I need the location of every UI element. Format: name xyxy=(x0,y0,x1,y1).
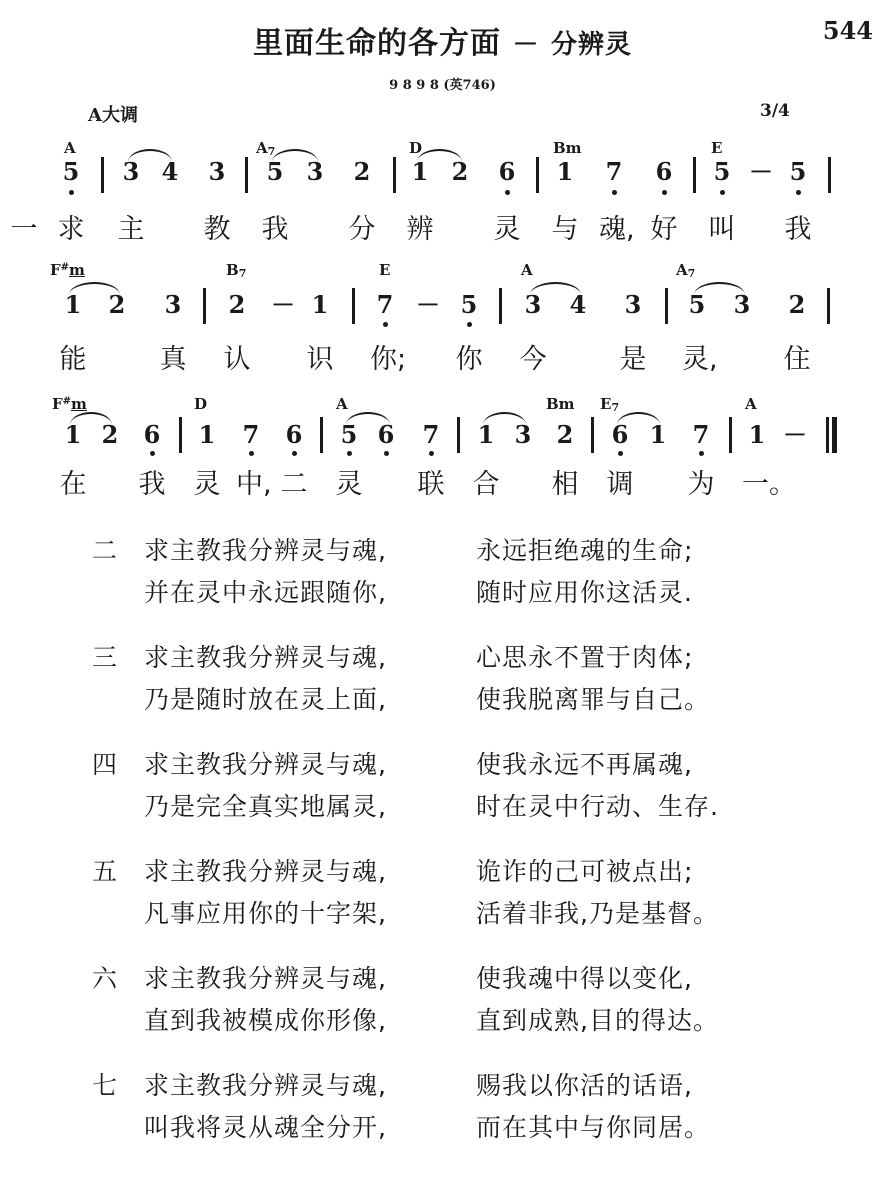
barline xyxy=(179,417,182,453)
note: 5 xyxy=(457,293,481,317)
note: 7 xyxy=(602,160,626,184)
low-octave-dot xyxy=(467,322,472,327)
lyric-char: 在 xyxy=(58,471,88,498)
lyric-char: 灵 xyxy=(492,216,522,243)
barline xyxy=(499,288,502,324)
note: 5 xyxy=(337,423,361,447)
chord-symbol: A xyxy=(521,263,533,278)
note: 1 xyxy=(646,423,670,447)
lyric-char: 与 xyxy=(550,216,580,243)
hold-dash: － xyxy=(783,423,807,447)
lyric-char: 中, xyxy=(236,471,272,498)
lyric-char: 灵 xyxy=(334,471,364,498)
verse-line-second-half: 而在其中与你同居。 xyxy=(476,1115,710,1140)
lyric-char: 灵 xyxy=(192,471,222,498)
chord-symbol: B7 xyxy=(226,263,246,279)
barline xyxy=(245,157,248,193)
lyric-char: 是 xyxy=(618,346,648,373)
verse-line-second-half: 赐我以你活的话语, xyxy=(476,1073,693,1098)
note: 1 xyxy=(308,293,332,317)
slur-tie xyxy=(346,412,390,425)
verse-line-first-half: 乃是完全真实地属灵, xyxy=(144,794,387,819)
lyric-char: 你 xyxy=(454,346,484,373)
chord-symbol: A7 xyxy=(256,141,275,157)
note: 3 xyxy=(119,160,143,184)
lyric-char: 今 xyxy=(518,346,548,373)
verse-number: 五 xyxy=(92,859,117,884)
verse-number: 六 xyxy=(92,966,117,991)
note: 4 xyxy=(158,160,182,184)
chord-symbol: F#m xyxy=(52,397,87,412)
note: 7 xyxy=(419,423,443,447)
low-octave-dot xyxy=(69,190,74,195)
slur-tie xyxy=(694,282,745,295)
verse-line-first-half: 凡事应用你的十字架, xyxy=(144,901,387,926)
note: 1 xyxy=(474,423,498,447)
lyric-char: 主 xyxy=(116,216,146,243)
note: 7 xyxy=(373,293,397,317)
note: 6 xyxy=(652,160,676,184)
slur-tie xyxy=(483,412,526,425)
verse-number: 七 xyxy=(92,1073,117,1098)
lyric-char: 为 xyxy=(686,471,716,498)
barline xyxy=(827,288,830,324)
chord-symbol: A7 xyxy=(676,263,695,279)
note: 1 xyxy=(195,423,219,447)
time-signature: 3/4 xyxy=(760,101,790,121)
note: 2 xyxy=(225,293,249,317)
verse-line-first-half: 求主教我分辨灵与魂, xyxy=(144,538,387,563)
note: 3 xyxy=(730,293,754,317)
barline xyxy=(693,157,696,193)
lyric-char: 我 xyxy=(783,216,813,243)
low-octave-dot xyxy=(662,190,667,195)
note: 3 xyxy=(205,160,229,184)
barline xyxy=(320,417,323,453)
note: 3 xyxy=(161,293,185,317)
low-octave-dot xyxy=(347,451,352,456)
chord-symbol: A xyxy=(745,397,757,412)
note: 2 xyxy=(448,160,472,184)
chord-symbol: A xyxy=(64,141,76,156)
lyric-char: 识 xyxy=(305,346,335,373)
verse-line-first-half: 求主教我分辨灵与魂, xyxy=(144,1073,387,1098)
verse-line-second-half: 诡诈的己可被点出; xyxy=(476,859,693,884)
verse-line-second-half: 使我魂中得以变化, xyxy=(476,966,693,991)
chord-symbol: E xyxy=(379,263,390,278)
lyric-char: 一。 xyxy=(742,471,796,498)
note: 7 xyxy=(239,423,263,447)
lyric-char: 你; xyxy=(370,346,406,373)
verse-number: 四 xyxy=(92,752,117,777)
slur-tie xyxy=(272,149,318,162)
note: 1 xyxy=(61,293,85,317)
note: 4 xyxy=(566,293,590,317)
chord-symbol: E7 xyxy=(600,397,619,413)
verse-line-second-half: 活着非我,乃是基督。 xyxy=(476,901,719,926)
title-main: 里面生命的各方面 xyxy=(253,26,501,61)
note: 2 xyxy=(785,293,809,317)
barline xyxy=(828,157,831,193)
verse-line-second-half: 心思永不置于肉体; xyxy=(476,645,693,670)
note: 5 xyxy=(786,160,810,184)
barline xyxy=(457,417,460,453)
barline xyxy=(536,157,539,193)
verse-number: 三 xyxy=(92,645,117,670)
key-signature: A大调 xyxy=(88,101,138,127)
hold-dash: － xyxy=(271,293,295,317)
lyric-char: 调 xyxy=(605,471,635,498)
note: 5 xyxy=(685,293,709,317)
lyric-char: 我 xyxy=(137,471,167,498)
note: 6 xyxy=(140,423,164,447)
hold-dash: － xyxy=(416,293,440,317)
lyric-char: 能 xyxy=(58,346,88,373)
note: 5 xyxy=(59,160,83,184)
lyric-char: 分 xyxy=(347,216,377,243)
verse-line-first-half: 求主教我分辨灵与魂, xyxy=(144,859,387,884)
low-octave-dot xyxy=(292,451,297,456)
note: 6 xyxy=(495,160,519,184)
final-barline-thick xyxy=(832,417,837,453)
verse-line-second-half: 使我永远不再属魂, xyxy=(476,752,693,777)
note: 2 xyxy=(98,423,122,447)
low-octave-dot xyxy=(505,190,510,195)
note: 1 xyxy=(745,423,769,447)
slur-tie xyxy=(617,412,660,425)
low-octave-dot xyxy=(249,451,254,456)
note: 6 xyxy=(608,423,632,447)
note: 2 xyxy=(553,423,577,447)
title-subtitle: 分辨灵 xyxy=(551,30,632,60)
chord-symbol: F#m xyxy=(50,263,85,278)
low-octave-dot xyxy=(612,190,617,195)
lyric-char: 住 xyxy=(782,346,812,373)
note: 1 xyxy=(408,160,432,184)
verse-line-first-half: 求主教我分辨灵与魂, xyxy=(144,966,387,991)
verse-line-first-half: 直到我被模成你形像, xyxy=(144,1008,387,1033)
verse-line-first-half: 求主教我分辨灵与魂, xyxy=(144,752,387,777)
barline xyxy=(393,157,396,193)
note: 3 xyxy=(621,293,645,317)
lyric-char: 叫 xyxy=(707,216,737,243)
low-octave-dot xyxy=(384,451,389,456)
barline xyxy=(665,288,668,324)
note: 5 xyxy=(263,160,287,184)
verse-line-first-half: 叫我将灵从魂全分开, xyxy=(144,1115,387,1140)
lyric-char: 合 xyxy=(471,471,501,498)
title-dash: － xyxy=(512,30,539,60)
chord-symbol: Bm xyxy=(553,141,582,156)
slur-tie xyxy=(417,149,462,162)
barline xyxy=(101,157,104,193)
hymn-title: 里面生命的各方面 － 分辨灵 xyxy=(0,18,885,62)
slur-tie xyxy=(69,282,120,295)
chord-symbol: A xyxy=(336,397,348,412)
note: 7 xyxy=(689,423,713,447)
slur-tie xyxy=(530,282,581,295)
verse-line-first-half: 求主教我分辨灵与魂, xyxy=(144,645,387,670)
chord-symbol: E xyxy=(711,141,722,156)
low-octave-dot xyxy=(618,451,623,456)
lyric-char: 我 xyxy=(260,216,290,243)
verse-line-first-half: 乃是随时放在灵上面, xyxy=(144,687,387,712)
verse-line-second-half: 永远拒绝魂的生命; xyxy=(476,538,693,563)
chord-symbol: Bm xyxy=(546,397,575,412)
verse-line-second-half: 时在灵中行动、生存. xyxy=(476,794,719,819)
note: 6 xyxy=(282,423,306,447)
slur-tie xyxy=(70,412,112,425)
note: 2 xyxy=(350,160,374,184)
low-octave-dot xyxy=(720,190,725,195)
lyric-char: 相 xyxy=(550,471,580,498)
lyric-char: 教 xyxy=(202,216,232,243)
barline xyxy=(352,288,355,324)
lyric-char: 好 xyxy=(649,216,679,243)
note: 6 xyxy=(374,423,398,447)
note: 3 xyxy=(511,423,535,447)
verse-line-second-half: 直到成熟,目的得达。 xyxy=(476,1008,719,1033)
lyric-char: 一 xyxy=(9,216,39,243)
lyric-char: 联 xyxy=(416,471,446,498)
low-octave-dot xyxy=(796,190,801,195)
lyric-char: 魂, xyxy=(599,216,635,243)
low-octave-dot xyxy=(429,451,434,456)
barline xyxy=(591,417,594,453)
hymn-number: 544 xyxy=(823,16,873,45)
verse-line-first-half: 并在灵中永远跟随你, xyxy=(144,580,387,605)
barline xyxy=(203,288,206,324)
low-octave-dot xyxy=(383,322,388,327)
note: 3 xyxy=(521,293,545,317)
low-octave-dot xyxy=(699,451,704,456)
note: 1 xyxy=(61,423,85,447)
lyric-char: 真 xyxy=(158,346,188,373)
lyric-char: 求 xyxy=(56,216,86,243)
low-octave-dot xyxy=(150,451,155,456)
lyric-char: 二 xyxy=(279,471,309,498)
slur-tie xyxy=(128,149,172,162)
lyric-char: 认 xyxy=(222,346,252,373)
barline xyxy=(729,417,732,453)
note: 3 xyxy=(303,160,327,184)
lyric-char: 辨 xyxy=(405,216,435,243)
chord-symbol: D xyxy=(194,397,207,412)
hold-dash: － xyxy=(749,160,773,184)
verse-line-second-half: 随时应用你这活灵. xyxy=(476,580,693,605)
verse-number: 二 xyxy=(92,538,117,563)
note: 1 xyxy=(553,160,577,184)
lyric-char: 灵, xyxy=(682,346,718,373)
meter: 9 8 9 8 (英746) xyxy=(0,74,885,93)
note: 5 xyxy=(710,160,734,184)
final-barline-thin xyxy=(826,417,829,453)
note: 2 xyxy=(105,293,129,317)
verse-line-second-half: 使我脱离罪与自己。 xyxy=(476,687,710,712)
